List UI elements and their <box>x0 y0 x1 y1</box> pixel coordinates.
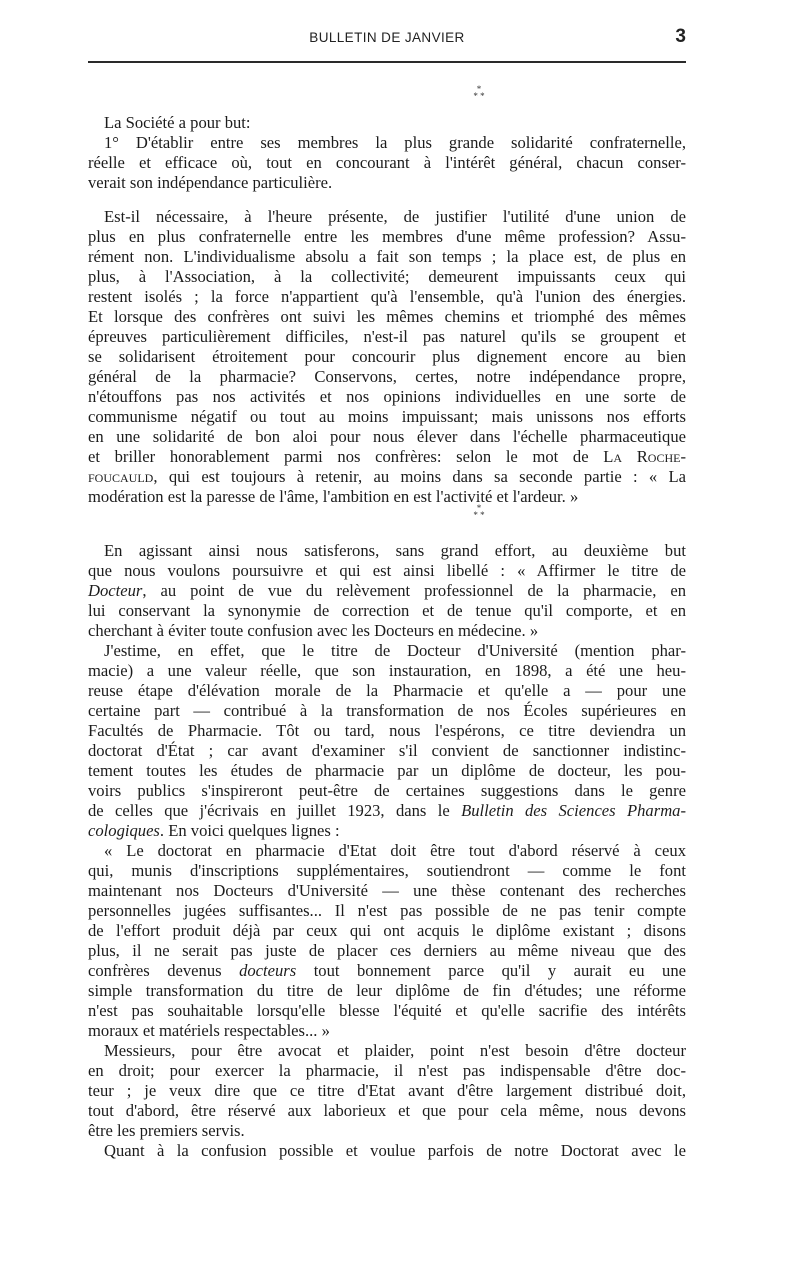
text-line: n'est pas souhaitable lorsqu'elle blesse… <box>88 1001 686 1021</box>
running-title: BULLETIN DE JANVIER <box>88 30 686 45</box>
text-line: être les premiers servis. <box>88 1121 686 1141</box>
page-header: BULLETIN DE JANVIER 3 <box>88 28 686 48</box>
header-rule <box>88 61 686 63</box>
text-line: teur ; je veux dire que ce titre d'Etat … <box>88 1081 686 1101</box>
text-line: 1° D'établir entre ses membres la plus g… <box>88 133 686 153</box>
text-line: épreuves particulièrement difficiles, n'… <box>88 327 686 347</box>
text-line: Docteur, au point de vue du relèvement p… <box>88 581 686 601</box>
text-line: en droit; pour exercer la pharmacie, il … <box>88 1061 686 1081</box>
text-line: plus, à l'Association, à la collectivité… <box>88 267 686 287</box>
text-line: verait son indépendance particulière. <box>88 173 686 193</box>
journal-title: cologiques <box>88 821 160 840</box>
text-line: Quant à la confusion possible et voulue … <box>88 1141 686 1161</box>
emphasis: Docteur <box>88 581 142 600</box>
text-line: certaine part — contribué à la transform… <box>88 701 686 721</box>
text-line: plus en plus confraternelle entre les me… <box>88 227 686 247</box>
page-number: 3 <box>675 26 686 48</box>
asterism: ** * <box>464 86 494 100</box>
text-line: de celles que j'écrivais en juillet 1923… <box>88 801 686 821</box>
text-line: lui conservant la synonymie de correctio… <box>88 601 686 621</box>
author-name: foucauld, <box>88 467 158 486</box>
text-line: foucauld, qui est toujours à retenir, au… <box>88 467 686 487</box>
text-line: général de la pharmacie? Conservons, cer… <box>88 367 686 387</box>
journal-title: Bulletin des Sciences Pharma- <box>461 801 686 820</box>
text-line: que nous voulons poursuivre et qui est a… <box>88 561 686 581</box>
text-line: simple transformation du titre de leur d… <box>88 981 686 1001</box>
text-line: cologiques. En voici quelques lignes : <box>88 821 686 841</box>
text-span: et briller honorablement parmi nos confr… <box>88 447 603 466</box>
emphasis: docteurs <box>239 961 296 980</box>
text-line: de l'effort produit déjà par ceux qui on… <box>88 921 686 941</box>
text-span: , au point de vue du relèvement professi… <box>142 581 686 600</box>
text-line: modération est la paresse de l'âme, l'am… <box>88 487 686 507</box>
text-line: doctorat d'État ; car avant d'examiner s… <box>88 741 686 761</box>
text-line: tout d'abord, être réservé aux laborieux… <box>88 1101 686 1121</box>
text-line: plus, il ne serait pas juste de placer c… <box>88 941 686 961</box>
text-line: voirs publics s'inspireront peut-être de… <box>88 781 686 801</box>
text-line: rément non. L'individualisme absolu a fa… <box>88 247 686 267</box>
text-line: La Société a pour but: <box>88 113 686 133</box>
text-line: reuse étape d'élévation morale de la Pha… <box>88 681 686 701</box>
asterism: ** * <box>464 505 494 519</box>
text-line: « Le doctorat en pharmacie d'Etat doit ê… <box>88 841 686 861</box>
author-name: La Roche- <box>603 447 686 466</box>
text-line: en une solidarité de bon aloi pour nous … <box>88 427 686 447</box>
text-line: Est-il nécessaire, à l'heure présente, d… <box>88 207 686 227</box>
text-line: restent isolés ; la force n'appartient q… <box>88 287 686 307</box>
text-line: personnelles jugées suffisantes... Il n'… <box>88 901 686 921</box>
text-line: moraux et matériels respectables... » <box>88 1021 686 1041</box>
text-span: qui est toujours à retenir, au moins dan… <box>169 467 686 486</box>
text-line: tement toutes les études de pharmacie pa… <box>88 761 686 781</box>
text-line: maintenant nos Docteurs d'Université — u… <box>88 881 686 901</box>
text-line: confrères devenus docteurs tout bonnemen… <box>88 961 686 981</box>
text-line: macie) a une valeur réelle, que son inst… <box>88 661 686 681</box>
text-line: et briller honorablement parmi nos confr… <box>88 447 686 467</box>
text-line: réelle et efficace où, tout en concouran… <box>88 153 686 173</box>
text-line: se solidarisent étroitement pour concour… <box>88 347 686 367</box>
text-line: J'estime, en effet, que le titre de Doct… <box>88 641 686 661</box>
text-line: En agissant ainsi nous satisferons, sans… <box>88 541 686 561</box>
text-line: Et lorsque des confrères ont suivi les m… <box>88 307 686 327</box>
text-span: confrères devenus <box>88 961 239 980</box>
text-line: communisme négatif ou tout au moins impu… <box>88 407 686 427</box>
text-span: . En voici quelques lignes : <box>160 821 340 840</box>
text-span: de celles que j'écrivais en juillet 1923… <box>88 801 461 820</box>
text-line: n'étouffons pas nos activités et nos opi… <box>88 387 686 407</box>
text-line: qui, munis d'inscriptions supplémentaire… <box>88 861 686 881</box>
text-line: Messieurs, pour être avocat et plaider, … <box>88 1041 686 1061</box>
text-line: cherchant à éviter toute confusion avec … <box>88 621 686 641</box>
text-line: Facultés de Pharmacie. Tôt ou tard, nous… <box>88 721 686 741</box>
text-span: tout bonnement parce qu'il y aurait eu u… <box>296 961 686 980</box>
